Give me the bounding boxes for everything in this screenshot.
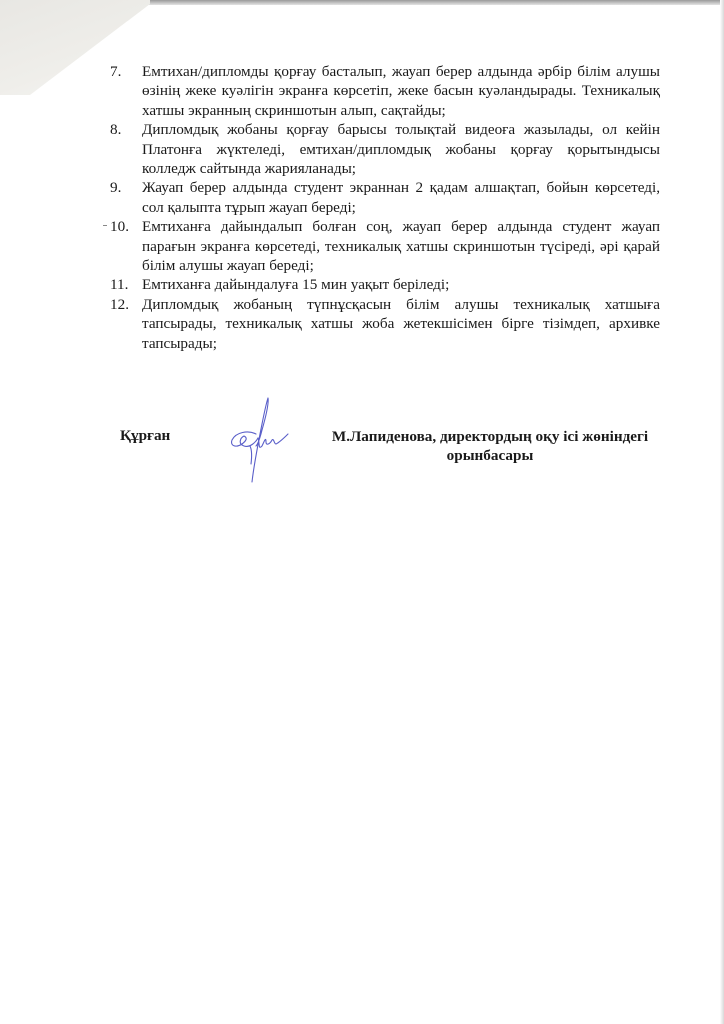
item-number: 9.: [110, 178, 140, 197]
list-item-8: 8. Дипломдық жобаны қорғау барысы толықт…: [110, 120, 660, 178]
item-number: 11.: [110, 275, 140, 294]
item-text: Емтихан/дипломды қорғау басталып, жауап …: [142, 62, 660, 120]
item-text: Жауап берер алдында студент экраннан 2 қ…: [142, 178, 660, 217]
item-number: 10.: [110, 217, 140, 236]
list-item-7: 7. Емтихан/дипломды қорғау басталып, жау…: [110, 62, 660, 120]
signer-name-title: М.Лапиденова, директордың оқу ісі жөнінд…: [310, 427, 670, 465]
list-item-9: 9. Жауап берер алдында студент экраннан …: [110, 178, 660, 217]
scan-right-edge: [720, 0, 724, 1024]
margin-mark: [103, 225, 107, 226]
signer-line-2: орынбасары: [310, 446, 670, 465]
item-text: Емтиханға дайындалуға 15 мин уақыт беріл…: [142, 275, 660, 294]
item-number: 12.: [110, 295, 140, 314]
item-number: 7.: [110, 62, 140, 81]
item-number: 8.: [110, 120, 140, 139]
item-text: Емтиханға дайындалып болған соң, жауап б…: [142, 217, 660, 275]
item-text: Дипломдық жобаның түпнұсқасын білім алуш…: [142, 295, 660, 353]
item-text: Дипломдық жобаны қорғау барысы толықтай …: [142, 120, 660, 178]
list-item-10: 10. Емтиханға дайындалып болған соң, жау…: [110, 217, 660, 275]
signer-line-1: М.Лапиденова, директордың оқу ісі жөнінд…: [310, 427, 670, 446]
list-item-12: 12. Дипломдық жобаның түпнұсқасын білім …: [110, 295, 660, 353]
numbered-list: 7. Емтихан/дипломды қорғау басталып, жау…: [110, 62, 660, 353]
handwritten-signature-icon: [222, 394, 292, 484]
signature-block: Құрған М.Лапиденова, директордың оқу ісі…: [0, 424, 724, 504]
author-label: Құрған: [120, 427, 170, 445]
list-item-11: 11. Емтиханға дайындалуға 15 мин уақыт б…: [110, 275, 660, 294]
